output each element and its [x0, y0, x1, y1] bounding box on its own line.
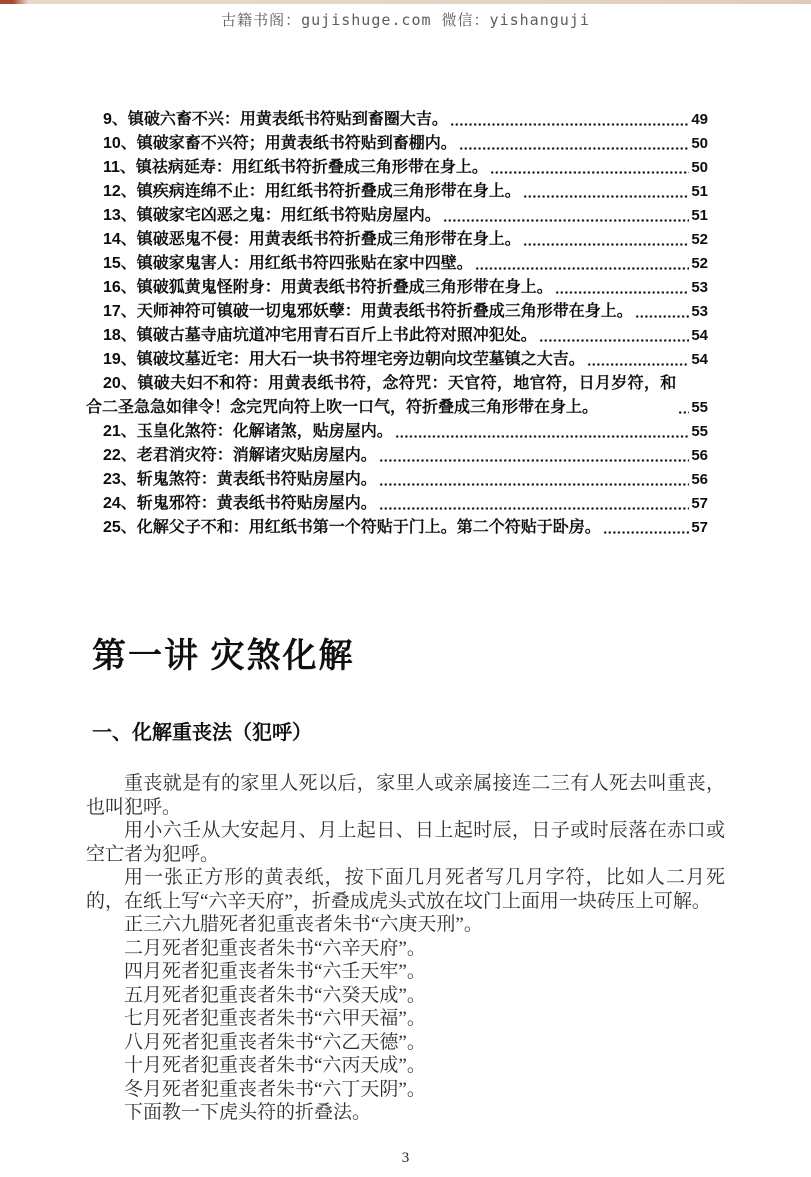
toc-item: 19、镇破坟墓近宅：用大石一块书符埋宅旁边朝向坟茔墓镇之大吉。 54 — [86, 348, 708, 372]
toc-dot-leader — [444, 218, 690, 223]
subsection-title: 一、化解重丧法（犯呼） — [92, 716, 312, 745]
body-paragraph: 八月死者犯重丧者朱书“六乙天德”。 — [86, 1031, 725, 1055]
toc-dot-leader — [396, 434, 690, 439]
header-watermark: 古籍书阁：gujishuge.com 微信：yishanguji — [221, 11, 590, 29]
toc-item-page: 56 — [691, 444, 708, 468]
toc-item-page: 53 — [691, 276, 708, 300]
page-header: 古籍书阁：gujishuge.com 微信：yishanguji — [0, 9, 811, 30]
toc-item-page: 50 — [691, 156, 708, 180]
toc-dot-leader — [604, 530, 690, 535]
toc-item: 15、镇破家鬼害人：用红纸书符四张贴在家中四壁。 52 — [86, 252, 708, 276]
toc-dot-leader — [524, 194, 690, 199]
toc-item-page: 55 — [691, 396, 708, 420]
toc-dot-leader — [380, 482, 690, 487]
toc-item-label: 12、镇疾病连绵不止：用红纸书符折叠成三角形带在身上。 — [86, 180, 521, 204]
chapter-title: 第一讲 灾煞化解 — [92, 628, 355, 677]
toc-item-label: 20、镇破夫妇不和符：用黄表纸书符，念符咒：天官符，地官符，日月岁符，和合二圣急… — [86, 372, 676, 420]
toc-item: 18、镇破古墓寺庙坑道冲宅用青石百斤上书此符对照冲犯处。 54 — [86, 324, 708, 348]
top-border-line — [0, 0, 811, 4]
toc-item-page: 55 — [691, 420, 708, 444]
page-number: 3 — [402, 1150, 410, 1166]
toc-dot-leader — [540, 338, 690, 343]
document-page: 古籍书阁：gujishuge.com 微信：yishanguji 9、镇破六畜不… — [0, 0, 811, 1177]
toc-item: 20、镇破夫妇不和符：用黄表纸书符，念符咒：天官符，地官符，日月岁符，和合二圣急… — [86, 372, 708, 420]
toc-item-page: 52 — [691, 252, 708, 276]
toc-item-page: 52 — [691, 228, 708, 252]
table-of-contents: 9、镇破六畜不兴：用黄表纸书符贴到畜圈大吉。 49 10、镇破家畜不兴符；用黄表… — [86, 108, 708, 540]
toc-item: 11、镇祛病延寿：用红纸书符折叠成三角形带在身上。 50 — [86, 156, 708, 180]
body-paragraph: 七月死者犯重丧者朱书“六甲天福”。 — [86, 1007, 725, 1031]
body-text: 重丧就是有的家里人死以后，家里人或亲属接连二三有人死去叫重丧，也叫犯呼。 用小六… — [86, 772, 725, 1125]
toc-item-label: 15、镇破家鬼害人：用红纸书符四张贴在家中四壁。 — [86, 252, 473, 276]
body-paragraph: 冬月死者犯重丧者朱书“六丁天阴”。 — [86, 1078, 725, 1102]
body-paragraph: 用一张正方形的黄表纸，按下面几月死者写几月字符，比如人二月死的，在纸上写“六辛天… — [86, 866, 725, 913]
toc-item: 9、镇破六畜不兴：用黄表纸书符贴到畜圈大吉。 49 — [86, 108, 708, 132]
toc-item-page: 54 — [691, 348, 708, 372]
body-paragraph: 用小六壬从大安起月、月上起日、日上起时辰，日子或时辰落在赤口或空亡者为犯呼。 — [86, 819, 725, 866]
toc-item-label: 21、玉皇化煞符：化解诸煞，贴房屋内。 — [86, 420, 393, 444]
toc-item-label: 16、镇破狐黄鬼怪附身：用黄表纸书符折叠成三角形带在身上。 — [86, 276, 553, 300]
toc-item: 25、化解父子不和：用红纸书第一个符贴于门上。第二个符贴于卧房。 57 — [86, 516, 708, 540]
toc-item-page: 57 — [691, 492, 708, 516]
toc-item-label: 14、镇破恶鬼不侵：用黄表纸书符折叠成三角形带在身上。 — [86, 228, 521, 252]
body-paragraph: 十月死者犯重丧者朱书“六丙天成”。 — [86, 1054, 725, 1078]
toc-item: 24、斩鬼邪符：黄表纸书符贴房屋内。 57 — [86, 492, 708, 516]
page-footer: 3 — [0, 1150, 811, 1167]
toc-item-page: 54 — [691, 324, 708, 348]
toc-item-label: 17、天师神符可镇破一切鬼邪妖孽：用黄表纸书符折叠成三角形带在身上。 — [86, 300, 633, 324]
toc-item-label: 11、镇祛病延寿：用红纸书符折叠成三角形带在身上。 — [86, 156, 488, 180]
body-paragraph: 五月死者犯重丧者朱书“六癸天成”。 — [86, 984, 725, 1008]
toc-item-label: 25、化解父子不和：用红纸书第一个符贴于门上。第二个符贴于卧房。 — [86, 516, 601, 540]
toc-dot-leader — [491, 170, 689, 175]
toc-dot-leader — [556, 290, 690, 295]
toc-item: 13、镇破家宅凶恶之鬼：用红纸书符贴房屋内。 51 — [86, 204, 708, 228]
toc-item: 12、镇疾病连绵不止：用红纸书符折叠成三角形带在身上。 51 — [86, 180, 708, 204]
toc-dot-leader — [380, 506, 690, 511]
toc-item-label: 9、镇破六畜不兴：用黄表纸书符贴到畜圈大吉。 — [86, 108, 448, 132]
toc-item-label: 13、镇破家宅凶恶之鬼：用红纸书符贴房屋内。 — [86, 204, 441, 228]
toc-item-label: 19、镇破坟墓近宅：用大石一块书符埋宅旁边朝向坟茔墓镇之大吉。 — [86, 348, 585, 372]
toc-item: 17、天师神符可镇破一切鬼邪妖孽：用黄表纸书符折叠成三角形带在身上。 53 — [86, 300, 708, 324]
toc-dot-leader — [524, 242, 690, 247]
toc-item-label: 18、镇破古墓寺庙坑道冲宅用青石百斤上书此符对照冲犯处。 — [86, 324, 537, 348]
toc-item-page: 56 — [691, 468, 708, 492]
toc-item: 14、镇破恶鬼不侵：用黄表纸书符折叠成三角形带在身上。 52 — [86, 228, 708, 252]
toc-item: 23、斩鬼煞符：黄表纸书符贴房屋内。 56 — [86, 468, 708, 492]
toc-item-page: 50 — [691, 132, 708, 156]
body-paragraph: 重丧就是有的家里人死以后，家里人或亲属接连二三有人死去叫重丧，也叫犯呼。 — [86, 772, 725, 819]
toc-dot-leader — [451, 122, 689, 127]
toc-item-page: 49 — [691, 108, 708, 132]
toc-item-page: 51 — [691, 204, 708, 228]
toc-item: 21、玉皇化煞符：化解诸煞，贴房屋内。 55 — [86, 420, 708, 444]
body-paragraph: 二月死者犯重丧者朱书“六辛天府”。 — [86, 937, 725, 961]
toc-item: 10、镇破家畜不兴符；用黄表纸书符贴到畜棚内。 50 — [86, 132, 708, 156]
body-paragraph: 四月死者犯重丧者朱书“六壬天牢”。 — [86, 960, 725, 984]
toc-dot-leader — [460, 146, 690, 151]
toc-item-label: 23、斩鬼煞符：黄表纸书符贴房屋内。 — [86, 468, 377, 492]
body-paragraph: 正三六九腊死者犯重丧者朱书“六庚天刑”。 — [86, 913, 725, 937]
toc-dot-leader — [476, 266, 690, 271]
toc-item-label: 22、老君消灾符：消解诸灾贴房屋内。 — [86, 444, 377, 468]
toc-item-label: 10、镇破家畜不兴符；用黄表纸书符贴到畜棚内。 — [86, 132, 457, 156]
toc-item-page: 57 — [691, 516, 708, 540]
toc-item: 22、老君消灾符：消解诸灾贴房屋内。 56 — [86, 444, 708, 468]
toc-item: 16、镇破狐黄鬼怪附身：用黄表纸书符折叠成三角形带在身上。 53 — [86, 276, 708, 300]
toc-item-page: 53 — [691, 300, 708, 324]
toc-dot-leader — [679, 410, 689, 415]
toc-item-page: 51 — [691, 180, 708, 204]
toc-dot-leader — [380, 458, 690, 463]
toc-item-label: 24、斩鬼邪符：黄表纸书符贴房屋内。 — [86, 492, 377, 516]
toc-dot-leader — [588, 362, 690, 367]
toc-dot-leader — [636, 314, 690, 319]
body-paragraph: 下面教一下虎头符的折叠法。 — [86, 1101, 725, 1125]
